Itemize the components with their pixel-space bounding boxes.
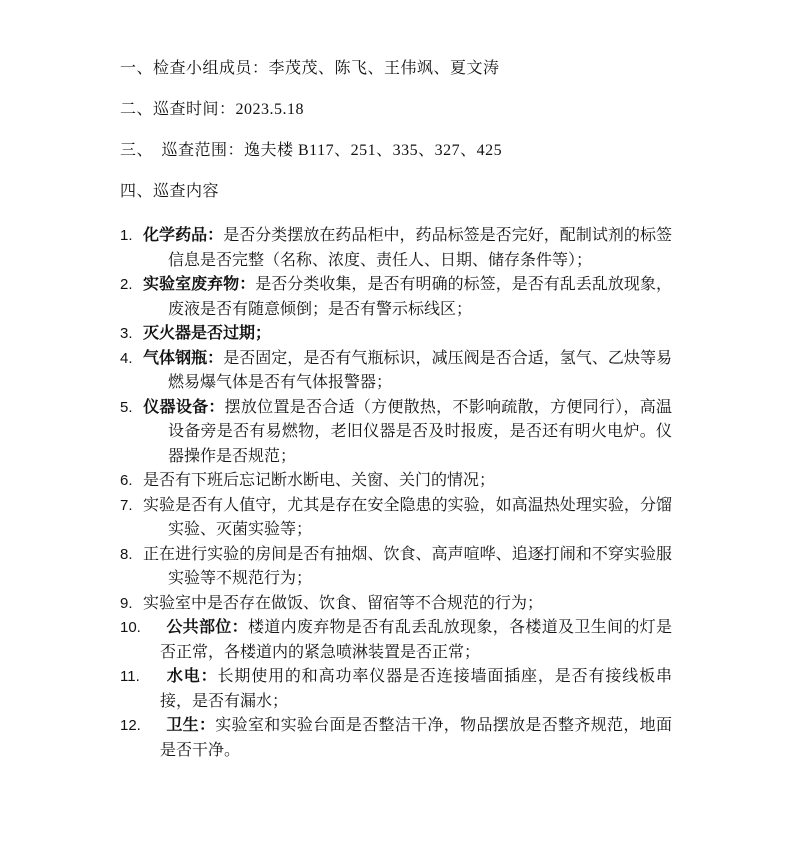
item-number: 6. (120, 469, 143, 494)
heading-inspection-scope: 三、 巡查范围：逸夫楼 B117、251、335、327、425 (120, 142, 672, 160)
item-text: 是否有下班后忘记断水断电、关窗、关门的情况； (143, 472, 495, 489)
item-label: 实验室废弃物： (143, 276, 255, 293)
item-label: 气体钢瓶： (143, 350, 223, 367)
item-number: 12. (120, 714, 166, 739)
list-item-instruments: 5.仪器设备：摆放位置是否合适（方便散热，不影响疏散，方便同行），高温设备旁是否… (120, 396, 672, 470)
list-item-room-behavior: 8.正在进行实验的房间是否有抽烟、饮食、高声喧哗、追逐打闹和不穿实验服实验等不规… (120, 543, 672, 592)
item-number: 4. (120, 347, 143, 372)
item-text: 长期使用的和高功率仪器是否连接墙面插座，是否有接线板串接，是否有漏水； (160, 668, 672, 710)
item-text: 摆放位置是否合适（方便散热，不影响疏散，方便同行），高温设备旁是否有易燃物，老旧… (168, 399, 672, 465)
item-number: 9. (120, 592, 143, 617)
list-item-gas-cylinders: 4.气体钢瓶：是否固定，是否有气瓶标识，减压阀是否合适，氢气、乙炔等易燃易爆气体… (120, 347, 672, 396)
item-number: 8. (120, 543, 143, 568)
item-text: 是否分类摆放在药品柜中，药品标签是否完好，配制试剂的标签信息是否完整（名称、浓度… (168, 227, 672, 269)
item-label: 水电： (166, 668, 217, 685)
item-label: 卫生： (166, 717, 215, 734)
list-item-unattended-experiments: 7.实验是否有人值守，尤其是存在安全隐患的实验，如高温热处理实验，分馏实验、灭菌… (120, 494, 672, 543)
list-item-power-water-shutoff: 6.是否有下班后忘记断水断电、关窗、关门的情况； (120, 469, 672, 494)
heading-inspection-content: 四、巡查内容 (120, 183, 672, 201)
document-headings: 一、检查小组成员：李茂茂、陈飞、王伟飒、夏文涛 二、巡查时间：2023.5.18… (120, 60, 672, 201)
item-label: 化学药品： (143, 227, 223, 244)
item-label: 仪器设备： (143, 399, 225, 416)
list-item-chemicals: 1.化学药品：是否分类摆放在药品柜中，药品标签是否完好，配制试剂的标签信息是否完… (120, 224, 672, 273)
list-item-lab-misconduct: 9.实验室中是否存在做饭、饮食、留宿等不合规范的行为； (120, 592, 672, 617)
list-item-lab-waste: 2.实验室废弃物：是否分类收集，是否有明确的标签，是否有乱丢乱放现象，废液是否有… (120, 273, 672, 322)
item-text: 是否固定，是否有气瓶标识，减压阀是否合适，氢气、乙炔等易燃易爆气体是否有气体报警… (168, 350, 672, 392)
item-number: 5. (120, 396, 143, 421)
item-text: 正在进行实验的房间是否有抽烟、饮食、高声喧哗、追逐打闹和不穿实验服实验等不规范行… (143, 546, 672, 588)
list-item-public-areas: 10.公共部位：楼道内废弃物是否有乱丢乱放现象，各楼道及卫生间的灯是否正常，各楼… (120, 616, 672, 665)
document-page: 一、检查小组成员：李茂茂、陈飞、王伟飒、夏文涛 二、巡查时间：2023.5.18… (0, 0, 793, 851)
inspection-item-list: 1.化学药品：是否分类摆放在药品柜中，药品标签是否完好，配制试剂的标签信息是否完… (120, 224, 672, 763)
list-item-water-electricity: 11.水电：长期使用的和高功率仪器是否连接墙面插座，是否有接线板串接，是否有漏水… (120, 665, 672, 714)
item-label: 公共部位： (166, 619, 248, 636)
item-number: 3. (120, 322, 143, 347)
list-item-hygiene: 12.卫生：实验室和实验台面是否整洁干净，物品摆放是否整齐规范，地面是否干净。 (120, 714, 672, 763)
item-number: 7. (120, 494, 143, 519)
item-number: 11. (120, 665, 166, 690)
list-item-fire-extinguisher: 3.灭火器是否过期； (120, 322, 672, 347)
item-text: 实验室中是否存在做饭、饮食、留宿等不合规范的行为； (143, 595, 543, 612)
heading-inspection-team: 一、检查小组成员：李茂茂、陈飞、王伟飒、夏文涛 (120, 60, 672, 78)
item-text: 实验是否有人值守，尤其是存在安全隐患的实验，如高温热处理实验，分馏实验、灭菌实验… (143, 497, 672, 539)
item-text: 实验室和实验台面是否整洁干净，物品摆放是否整齐规范，地面是否干净。 (160, 717, 672, 759)
item-number: 1. (120, 224, 143, 249)
heading-inspection-time: 二、巡查时间：2023.5.18 (120, 101, 672, 119)
item-number: 10. (120, 616, 166, 641)
item-number: 2. (120, 273, 143, 298)
item-label: 灭火器是否过期； (143, 325, 271, 342)
